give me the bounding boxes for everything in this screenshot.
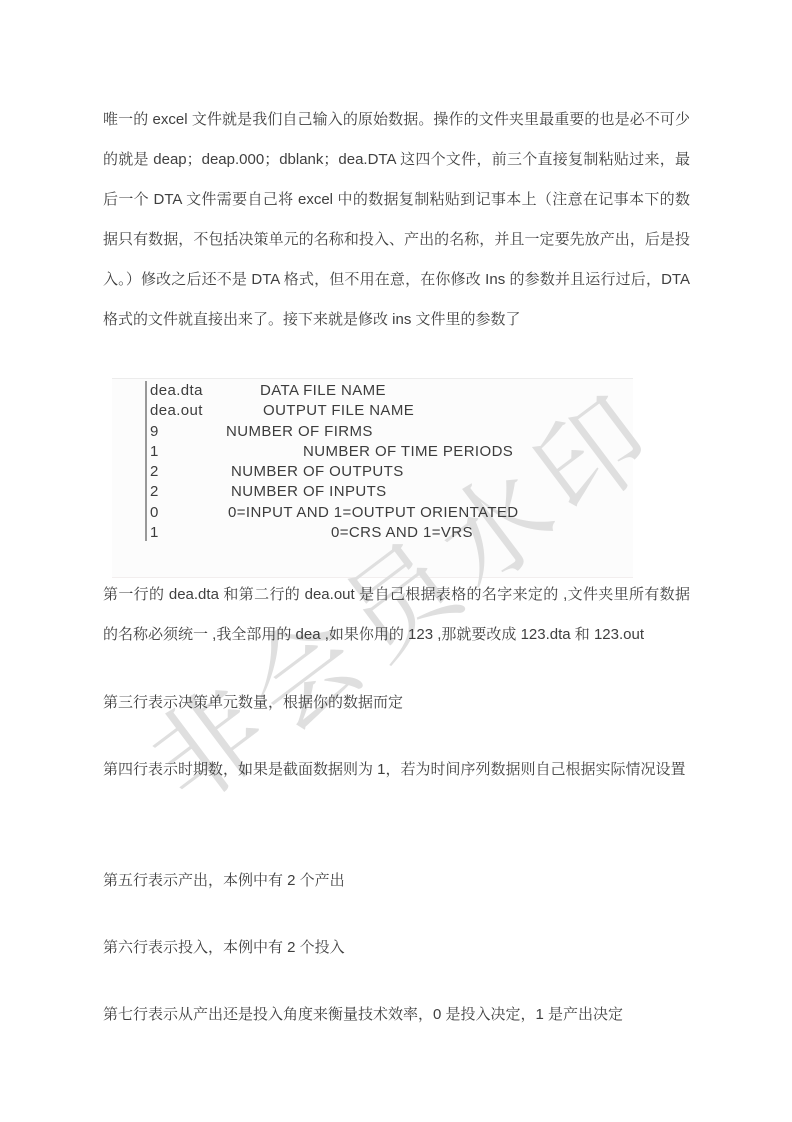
para-line6-explanation: 第六行表示投入，本例中有 2 个投入: [103, 928, 690, 968]
ins-line-value: 0: [150, 503, 159, 523]
para-line4-explanation: 第四行表示时期数，如果是截面数据则为 1，若为时间序列数据则自己根据实际情况设置: [103, 750, 690, 790]
ins-line-desc: NUMBER OF OUTPUTS: [231, 462, 404, 482]
ins-line-orientation: 0 0=INPUT AND 1=OUTPUT ORIENTATED: [112, 503, 633, 523]
ins-line-value: 2: [150, 482, 159, 502]
ins-line-time-periods: 1 NUMBER OF TIME PERIODS: [112, 442, 633, 462]
ins-line-number-of-inputs: 2 NUMBER OF INPUTS: [112, 482, 633, 502]
para-line7-explanation: 第七行表示从产出还是投入角度来衡量技术效率，0 是投入决定，1 是产出决定: [103, 995, 690, 1035]
ins-line-desc: DATA FILE NAME: [260, 381, 386, 401]
document-page: 非会员水印 唯一的 excel 文件就是我们自己输入的原始数据。操作的文件夹里最…: [0, 0, 792, 1122]
ins-line-desc: 0=CRS AND 1=VRS: [331, 523, 473, 543]
ins-line-number-of-firms: 9 NUMBER OF FIRMS: [112, 422, 633, 442]
ins-line-crs-vrs: 1 0=CRS AND 1=VRS: [112, 523, 633, 543]
ins-line-desc: NUMBER OF TIME PERIODS: [303, 442, 513, 462]
ins-line-value: 1: [150, 523, 159, 543]
ins-line-value: dea.dta: [150, 381, 203, 401]
para-line5-explanation: 第五行表示产出，本例中有 2 个产出: [103, 861, 690, 901]
ins-line-desc: NUMBER OF INPUTS: [231, 482, 387, 502]
ins-file-screenshot: dea.dta DATA FILE NAME dea.out OUTPUT FI…: [112, 381, 633, 573]
ins-line-value: 9: [150, 422, 159, 442]
ins-line-number-of-outputs: 2 NUMBER OF OUTPUTS: [112, 462, 633, 482]
ins-line-value: dea.out: [150, 401, 203, 421]
ins-line-output-file: dea.out OUTPUT FILE NAME: [112, 401, 633, 421]
ins-line-desc: 0=INPUT AND 1=OUTPUT ORIENTATED: [228, 503, 519, 523]
ins-line-value: 1: [150, 442, 159, 462]
para-line3-explanation: 第三行表示决策单元数量，根据你的数据而定: [103, 683, 690, 723]
ins-line-desc: NUMBER OF FIRMS: [226, 422, 373, 442]
para-intro-files: 唯一的 excel 文件就是我们自己输入的原始数据。操作的文件夹里最重要的也是必…: [103, 100, 690, 340]
ins-line-data-file: dea.dta DATA FILE NAME: [112, 381, 633, 401]
ins-line-value: 2: [150, 462, 159, 482]
para-line1-2-explanation: 第一行的 dea.dta 和第二行的 dea.out 是自己根据表格的名字来定的…: [103, 575, 690, 655]
ins-line-desc: OUTPUT FILE NAME: [263, 401, 414, 421]
